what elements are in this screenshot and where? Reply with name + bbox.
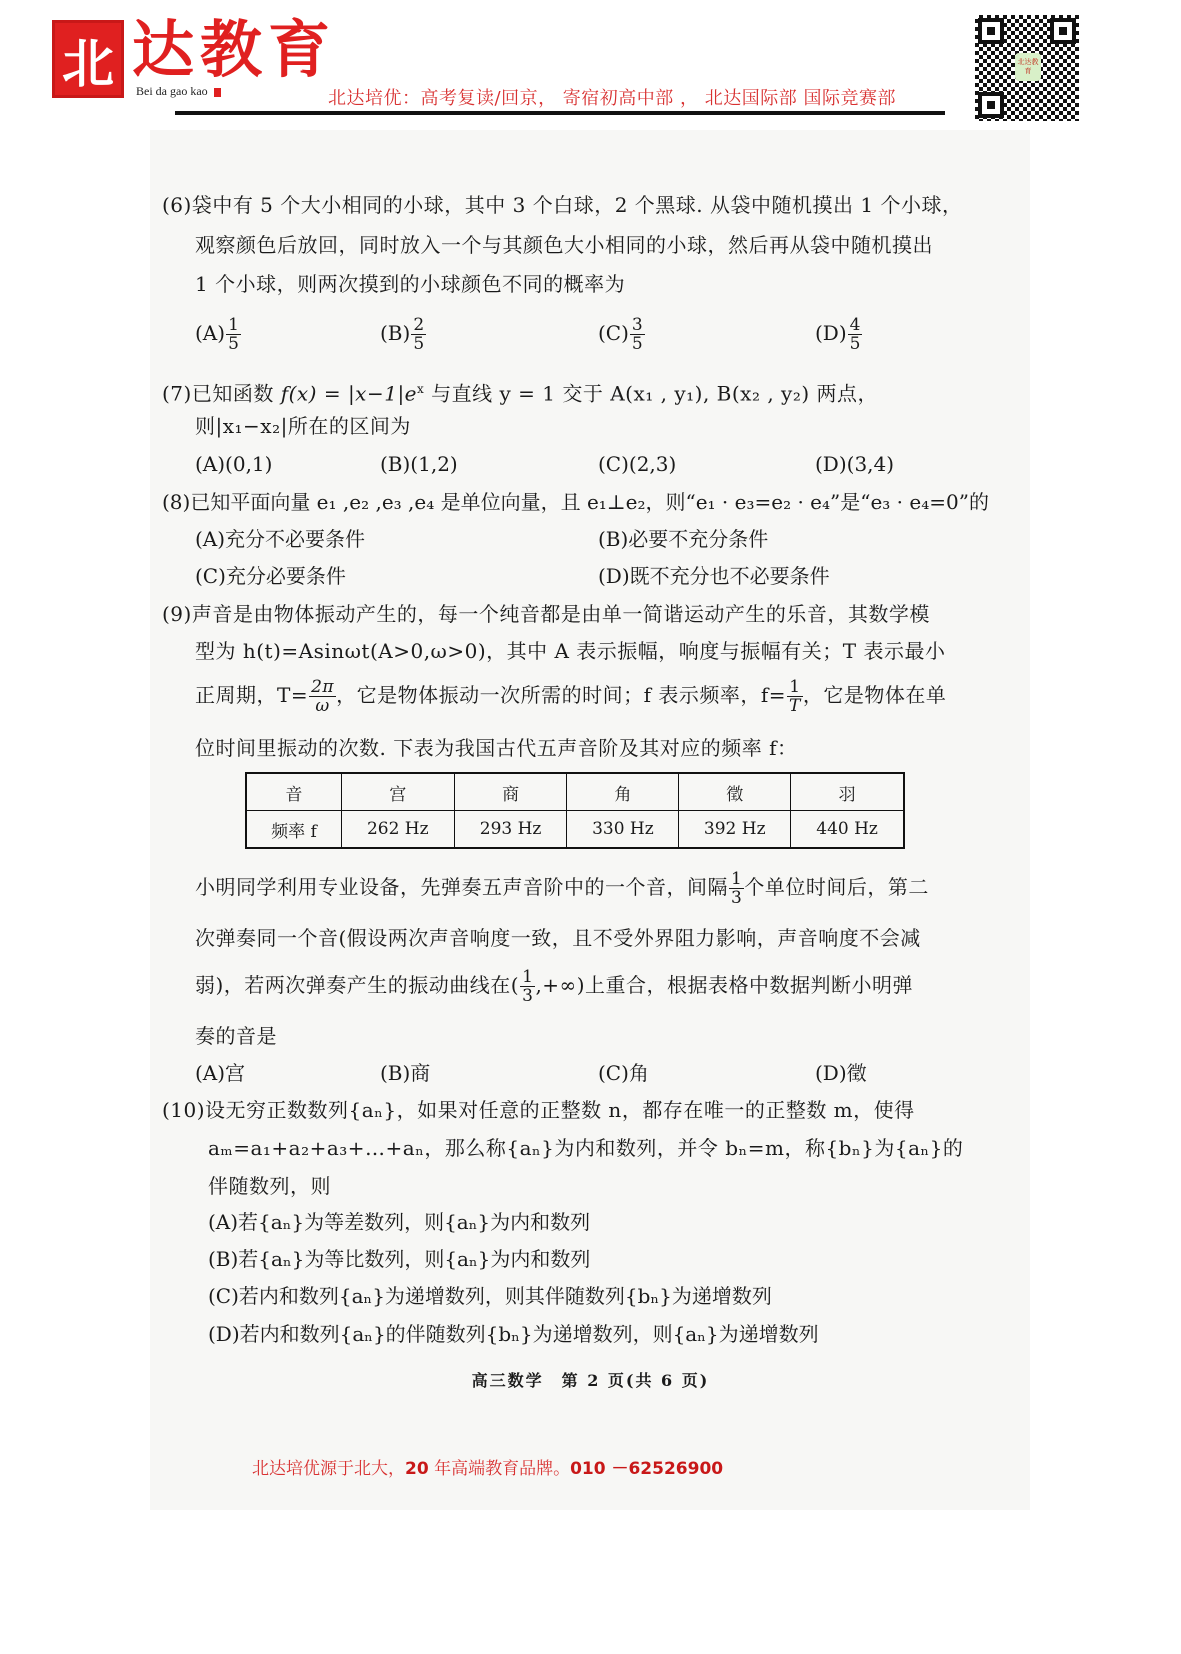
- brand-text: 北达培优源于北大，: [252, 1459, 405, 1479]
- q9-line8: 奏的音是: [195, 1024, 277, 1048]
- q7-option-c: (C)(2,3): [598, 452, 676, 476]
- numerator: 1: [520, 968, 535, 987]
- denominator: 5: [411, 335, 426, 353]
- qr-finder: [1050, 18, 1076, 44]
- option-label: (C): [598, 321, 629, 345]
- fraction: 13: [520, 968, 535, 1005]
- q9-option-a: (A)宫: [195, 1061, 245, 1085]
- red-square-icon: [214, 88, 221, 97]
- q9-line5: 小明同学利用专业设备，先弹奏五声音阶中的一个音，间隔13个单位时间后，第二: [195, 870, 929, 907]
- table-cell: 徵: [679, 773, 791, 811]
- q9-text: 小明同学利用专业设备，先弹奏五声音阶中的一个音，间隔: [195, 875, 728, 899]
- logo-subtitle-text: Bei da gao kao: [136, 84, 208, 98]
- numerator: 1: [226, 316, 241, 335]
- q7-option-a: (A)(0,1): [195, 452, 272, 476]
- option-label: (B): [380, 321, 410, 345]
- qr-finder: [978, 18, 1004, 44]
- q10-option-b: (B)若{aₙ}为等比数列，则{aₙ}为内和数列: [208, 1247, 590, 1271]
- q7-line2: 则|x₁−x₂|所在的区间为: [195, 414, 411, 438]
- fraction: 13: [729, 870, 744, 907]
- numerator: 2π: [309, 678, 336, 697]
- header-divider: [175, 111, 945, 115]
- table-cell: 宫: [341, 773, 454, 811]
- numerator: 1: [729, 870, 744, 889]
- logo-char: 北: [62, 22, 114, 97]
- brand-text: 年高端教育品牌。: [429, 1459, 570, 1479]
- q7-option-b: (B)(1,2): [380, 452, 458, 476]
- q6-line2: 观察颜色后放回，同时放入一个与其颜色大小相同的小球，然后再从袋中随机摸出: [195, 233, 933, 257]
- qr-center-logo: 北达教育: [1015, 53, 1041, 81]
- qr-finder: [978, 92, 1004, 118]
- q9-text: 个单位时间后，第二: [744, 875, 929, 899]
- q9-line7: 弱)，若两次弹奏产生的振动曲线在(13,+∞)上重合，根据表格中数据判断小明弹: [195, 968, 913, 1005]
- q6-option-b: (B)25: [380, 316, 426, 353]
- logo-mark: 北: [52, 20, 124, 98]
- option-label: (A): [195, 321, 225, 345]
- table-row: 频率 f 262 Hz 293 Hz 330 Hz 392 Hz 440 Hz: [246, 811, 904, 849]
- q9-line3: 正周期，T=2πω，它是物体振动一次所需的时间；f 表示频率，f=1T，它是物体…: [195, 678, 946, 715]
- numerator: 4: [848, 316, 863, 335]
- brand-phone: 010 －62526900: [570, 1459, 723, 1479]
- q9-line2: 型为 h(t)=Asinωt(A>0,ω>0)，其中 A 表示振幅，响度与振幅有…: [195, 639, 946, 663]
- q9-option-c: (C)角: [598, 1061, 649, 1085]
- table-cell: 商: [454, 773, 567, 811]
- denominator: 3: [729, 889, 744, 907]
- table-cell: 392 Hz: [679, 811, 791, 849]
- option-label: (D): [815, 321, 847, 345]
- q9-option-d: (D)徵: [815, 1061, 867, 1085]
- q10-line1: (10)设无穷正数数列{aₙ}，如果对任意的正整数 n，都存在唯一的正整数 m，…: [162, 1098, 915, 1122]
- q6-line1: (6)袋中有 5 个大小相同的小球，其中 3 个白球，2 个黑球. 从袋中随机摸…: [162, 193, 962, 217]
- numerator: 1: [787, 678, 802, 697]
- denominator: ω: [313, 697, 331, 715]
- qr-code-icon: 北达教育: [975, 15, 1079, 121]
- q8-option-b: (B)必要不充分条件: [598, 527, 768, 551]
- logo-subtitle: Bei da gao kao: [136, 84, 221, 99]
- q10-option-a: (A)若{aₙ}为等差数列，则{aₙ}为内和数列: [208, 1210, 590, 1234]
- fraction: 45: [848, 316, 863, 353]
- denominator: 5: [226, 335, 241, 353]
- q7-line1: (7)已知函数 f(x) = |x−1|ex 与直线 y = 1 交于 A(x₁…: [162, 377, 878, 406]
- frequency-table: 音 宫 商 角 徵 羽 频率 f 262 Hz 293 Hz 330 Hz 39…: [245, 772, 905, 849]
- q7-function: f(x) = |x−1|e: [281, 382, 417, 406]
- logo-text: 达教育: [132, 14, 336, 86]
- q9-text: ，它是物体振动一次所需的时间；f 表示频率，f=: [336, 683, 786, 707]
- table-cell: 330 Hz: [567, 811, 679, 849]
- q9-text: 正周期，T=: [195, 683, 308, 707]
- q6-option-c: (C)35: [598, 316, 645, 353]
- table-cell: 440 Hz: [791, 811, 904, 849]
- q8-option-d: (D)既不充分也不必要条件: [598, 564, 830, 588]
- fraction: 35: [630, 316, 645, 353]
- numerator: 2: [411, 316, 426, 335]
- denominator: 5: [630, 335, 645, 353]
- table-cell: 音: [246, 773, 341, 811]
- q7-text: (7)已知函数: [162, 382, 281, 406]
- page-number: 高三数学 第 2 页(共 6 页): [0, 1368, 1181, 1391]
- numerator: 3: [630, 316, 645, 335]
- denominator: 5: [848, 335, 863, 353]
- fraction: 15: [226, 316, 241, 353]
- header-slogan: 北达培优：高考复读/回京， 寄宿初高中部 ， 北达国际部 国际竞赛部: [328, 84, 896, 110]
- footer-brand: 北达培优源于北大，20 年高端教育品牌。010 －62526900: [252, 1454, 723, 1479]
- q10-option-c: (C)若内和数列{aₙ}为递增数列，则其伴随数列{bₙ}为递增数列: [208, 1284, 772, 1308]
- fraction: 25: [411, 316, 426, 353]
- q9-line6: 次弹奏同一个音(假设两次声音响度一致，且不受外界阻力影响，声音响度不会减: [195, 926, 921, 950]
- table-cell: 262 Hz: [341, 811, 454, 849]
- denominator: T: [787, 697, 803, 715]
- q9-line1: (9)声音是由物体振动产生的，每一个纯音都是由单一简谐运动产生的乐音，其数学模: [162, 602, 930, 626]
- q6-option-a: (A)15: [195, 316, 241, 353]
- brand-years: 20: [405, 1459, 429, 1479]
- q9-option-b: (B)商: [380, 1061, 430, 1085]
- q10-line2: aₘ=a₁+a₂+a₃+…+aₙ，那么称{aₙ}为内和数列，并令 bₙ=m，称{…: [208, 1136, 963, 1160]
- q6-option-d: (D)45: [815, 316, 862, 353]
- table-cell: 羽: [791, 773, 904, 811]
- table-cell: 293 Hz: [454, 811, 567, 849]
- q9-text: 弱)，若两次弹奏产生的振动曲线在(: [195, 973, 519, 997]
- q10-line3: 伴随数列，则: [208, 1174, 331, 1198]
- table-cell: 频率 f: [246, 811, 341, 849]
- q7-text: 与直线 y = 1 交于 A(x₁ , y₁), B(x₂ , y₂) 两点，: [424, 382, 878, 406]
- q8-option-c: (C)充分必要条件: [195, 564, 346, 588]
- q8-option-a: (A)充分不必要条件: [195, 527, 365, 551]
- q9-line4: 位时间里振动的次数. 下表为我国古代五声音阶及其对应的频率 f：: [195, 736, 797, 760]
- q10-option-d: (D)若内和数列{aₙ}的伴随数列{bₙ}为递增数列，则{aₙ}为递增数列: [208, 1322, 819, 1346]
- q8-line1: (8)已知平面向量 e₁ ,e₂ ,e₃ ,e₄ 是单位向量，且 e₁⊥e₂，则…: [162, 490, 989, 514]
- fraction: 2πω: [309, 678, 336, 715]
- q9-text: ，它是物体在单: [803, 683, 947, 707]
- q7-option-d: (D)(3,4): [815, 452, 894, 476]
- q9-text: ,+∞)上重合，根据表格中数据判断小明弹: [535, 973, 913, 997]
- table-header-row: 音 宫 商 角 徵 羽: [246, 773, 904, 811]
- denominator: 3: [520, 987, 535, 1005]
- q6-line3: 1 个小球，则两次摸到的小球颜色不同的概率为: [195, 272, 625, 296]
- table-cell: 角: [567, 773, 679, 811]
- fraction: 1T: [787, 678, 803, 715]
